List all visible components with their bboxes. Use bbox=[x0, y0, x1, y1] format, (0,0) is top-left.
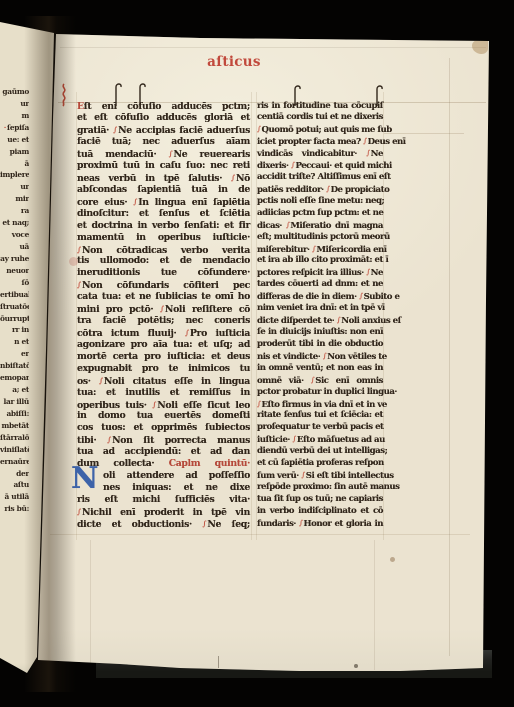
facing-text-fragment: piam in bbox=[0, 146, 29, 158]
facing-text-fragment: ernaūre br bbox=[0, 456, 29, 468]
page-crease bbox=[218, 656, 219, 668]
page-crease bbox=[449, 58, 450, 656]
text-line: dicte et obductionis· ∫Ne ſeq; bbox=[77, 518, 250, 530]
text-line: ∫Nichil enī proderit in tpē vin bbox=[77, 506, 250, 518]
text-line: ris eſt michi ſufficiēs vita· bbox=[77, 494, 250, 506]
facing-text-fragment: ſtārralōr bbox=[0, 432, 29, 444]
text-line: ritate ſenſus tui et ſciēcia: et bbox=[257, 410, 383, 422]
text-line: tra faciē potētis; nec coneris bbox=[77, 315, 250, 327]
text-line: ∫Non cōfundaris cōfiteri pec bbox=[77, 279, 250, 291]
text-line: nis et vindicte· ∫Non vētiles te bbox=[257, 351, 383, 363]
text-line: ſe in diuicijs iniuſtis: non enī bbox=[257, 327, 383, 339]
text-line: neas verbū in tpē ſalutis· ∫Nō bbox=[77, 172, 250, 184]
text-line: ∫Quomō potui; aut quis me ſub bbox=[257, 124, 383, 136]
page-crease bbox=[374, 540, 375, 670]
text-line: ∫Eſto firmus in via dnī et in ve bbox=[257, 399, 383, 411]
facing-text-fragment: neuor ūſe bbox=[0, 265, 29, 277]
text-line: iciet propter facta mea? ∫Deus enī bbox=[257, 136, 383, 148]
text-line: tis ullomodo: et de mendacio bbox=[77, 255, 250, 267]
facing-text-fragment: rr in pane bbox=[0, 324, 29, 336]
text-line: nes iniquas: et ne dixe bbox=[77, 482, 250, 494]
facing-text-fragment: viniſlatō bbox=[0, 444, 29, 456]
facing-text-fragment: ra quem bbox=[0, 205, 29, 217]
page-crease bbox=[90, 540, 91, 668]
text-line: abſcondas ſapientiā tuā in de bbox=[77, 184, 250, 196]
text-line: mamentū in operibus iuſticie· bbox=[77, 232, 250, 244]
rubrication-flourish bbox=[59, 83, 69, 107]
text-line: ris in fortitudine tua cōcupiſ bbox=[257, 101, 383, 113]
text-line: in verbo indiſciplinato et cō bbox=[257, 506, 383, 518]
text-line: differas de die in diem· ∫Subito e bbox=[257, 291, 383, 303]
facing-text-fragment: ue: et ſal bbox=[0, 134, 29, 146]
facing-text-fragment: nbiſtatōi bbox=[0, 360, 29, 372]
facing-text-fragment: gaūmo bbox=[0, 86, 29, 98]
facing-text-fragment: ſō mōdo bbox=[0, 277, 29, 289]
facing-text-fragment: ōurrupta bbox=[0, 313, 29, 325]
text-line: omnē viā· ∫Sic enī omnis bbox=[257, 375, 383, 387]
text-line: proderūt tibi in die obductio bbox=[257, 339, 383, 351]
facing-text-fragment: a; et orbē bbox=[0, 384, 29, 396]
text-line: os· ∫Noli citatus eſſe in lingua bbox=[77, 375, 250, 387]
text-line: eſt; multitudinis pctorū meorū bbox=[257, 232, 383, 244]
text-line: proximū tuū in caſu ſuo: nec reti bbox=[77, 160, 250, 172]
text-line: et ira ab illo cito proximāt: et ī bbox=[257, 255, 383, 267]
facing-text-fragment: ſtruatōe bbox=[0, 301, 29, 313]
text-line: tuā mendaciū· ∫Ne reuerearis bbox=[77, 148, 250, 160]
manuscript-page: aſticus Eſt enī cōfuſio adducēs pctm;et … bbox=[0, 0, 514, 707]
text-line: in omnē ventū; et non eas in bbox=[257, 363, 383, 375]
facing-text-fragment: n et vchin bbox=[0, 336, 29, 348]
text-line: cata tua: et ne ſubiicias te omī ho bbox=[77, 291, 250, 303]
text-line: tua: et inutilis et remiſſus in bbox=[77, 387, 250, 399]
facing-text-fragment: et naq; bbox=[0, 217, 29, 229]
text-line: cos tuos: et opprimēs ſubiectos bbox=[77, 422, 250, 434]
text-line: nim veniet ira dnī: et in tpē vī bbox=[257, 303, 383, 315]
text-line: vindicās vindicabitur· ∫Ne bbox=[257, 148, 383, 160]
text-line: patiēs redditor· ∫De propiciato bbox=[257, 184, 383, 196]
corner-stain bbox=[472, 40, 488, 54]
text-line: tua ad accipiendū: et ad dan bbox=[77, 446, 250, 458]
facing-text-fragment: ris bū: mī bbox=[0, 503, 29, 515]
text-line: ∫Non cōtradicas verbo verita bbox=[77, 244, 250, 256]
facing-text-fragment: uā diligit bbox=[0, 241, 29, 253]
ruling-line bbox=[60, 47, 486, 48]
column-ruling bbox=[251, 92, 252, 540]
facing-text-fragment: ā hiagit bbox=[0, 158, 29, 170]
facing-text-fragment: aſtu mōra bbox=[0, 479, 29, 491]
text-line: tibi· ∫Non ſit porrecta manus bbox=[77, 434, 250, 446]
text-line: centiā cordis tui et ne dixeris bbox=[257, 112, 383, 124]
facing-text-fragment: emopari a bbox=[0, 372, 29, 384]
text-line: et eſt cōfuſio adducēs gloriā et bbox=[77, 112, 250, 124]
facing-text-fragment: m ſordu bbox=[0, 110, 29, 122]
text-line: tardes cōuerti ad dnm: et ne bbox=[257, 279, 383, 291]
text-line: ſum verū· ∫Si eſt tibi intellectus bbox=[257, 470, 383, 482]
text-line: diendū verbū dei ut intelligas; bbox=[257, 446, 383, 458]
text-line: et cū ſapiētia proferas reſpon bbox=[257, 458, 383, 470]
parchment-stain bbox=[354, 664, 358, 668]
facing-text-fragment: implere bbox=[0, 169, 29, 181]
text-line: pctor probatur in duplici lingua· bbox=[257, 387, 383, 399]
facing-page-text-column: gaūmour filiusm ſordu-ſepiſaue: et ſalpi… bbox=[0, 86, 29, 515]
text-line: in domo tua euertēs domeſti bbox=[77, 410, 250, 422]
text-line: agonizare pro aīa tua: et uſq; ad bbox=[77, 339, 250, 351]
text-line: Eſt enī cōfuſio adducēs pctm; bbox=[77, 101, 250, 113]
text-line: tua ſit ſup os tuū; ne capiaris bbox=[257, 494, 383, 506]
text-line: fundaris· ∫Honor et gloria in bbox=[257, 518, 383, 530]
facing-text-fragment: ur filius bbox=[0, 98, 29, 110]
facing-text-fragment: er ſagiſte bbox=[0, 348, 29, 360]
text-line: dixeris· ∫Peccaui· et quid michi bbox=[257, 160, 383, 172]
ruling-line bbox=[50, 534, 470, 535]
text-line: gratiā· ∫Ne accipias faciē aduerſus bbox=[77, 124, 250, 136]
text-line: operibus tuis· ∫Noli eſſe ſicut leo bbox=[77, 399, 250, 411]
facing-text-fragment: mir oblig bbox=[0, 193, 29, 205]
photo-of-manuscript: { "artifact": { "description_label": "Go… bbox=[0, 0, 514, 707]
text-line: mortē certa pro iuſticia: et deus bbox=[77, 351, 250, 363]
facing-text-fragment: -ſepiſa bbox=[0, 122, 29, 134]
text-line: adiicias pctm ſup pctm: et ne bbox=[257, 208, 383, 220]
facing-text-fragment: ur plenū bbox=[0, 181, 29, 193]
column-right: ris in fortitudine tua cōcupiſcentiā cor… bbox=[257, 101, 383, 530]
text-line: pctores reſpicit ira illius· ∫Ne bbox=[257, 267, 383, 279]
text-line: dicas· ∫Miſeratio dnī magna bbox=[257, 220, 383, 232]
text-line: faciē tuā; nec aduerſus aīam bbox=[77, 136, 250, 148]
text-line: pctis noli eſſe ſine metu: neq; bbox=[257, 196, 383, 208]
text-line: et doctrina in verbo ſenſati: et fir bbox=[77, 220, 250, 232]
column-left: Eſt enī cōfuſio adducēs pctm;et eſt cōfu… bbox=[77, 101, 250, 530]
facing-text-fragment: ay ruhe bbox=[0, 253, 29, 265]
running-header: aſticus bbox=[190, 54, 278, 72]
facing-text-fragment: ertibualr bbox=[0, 289, 29, 301]
chapter-initial: N bbox=[71, 466, 97, 493]
text-line: dicte diſperdet te· ∫Noli anxius eſ bbox=[257, 315, 383, 327]
facing-text-fragment: der renū bbox=[0, 468, 29, 480]
text-line: proſequatur te verbū pacis et bbox=[257, 422, 383, 434]
facing-text-fragment: voce ben; bbox=[0, 229, 29, 241]
text-line: miſerebitur· ∫Miſericordia enī bbox=[257, 244, 383, 256]
text-line: dinoſcitur: et ſenſus et ſciētia bbox=[77, 208, 250, 220]
text-line: core eius· ∫In lingua enī ſapiētia bbox=[77, 196, 250, 208]
text-line: dum collecta· Caplm quintū· bbox=[77, 458, 250, 470]
text-line: accidit triſte? Altiſſimus enī eſt bbox=[257, 172, 383, 184]
text-line: mini pro pctō· ∫Noli reſiſtere cō bbox=[77, 303, 250, 315]
text-line: oli attendere ad poſſeſſio bbox=[77, 470, 250, 482]
facing-text-fragment: abiſſi: et ī bbox=[0, 408, 29, 420]
facing-text-fragment: lar illū et ī bbox=[0, 396, 29, 408]
text-line: reſpōde proximo: ſin autē manus bbox=[257, 482, 383, 494]
parchment-stain bbox=[390, 557, 395, 562]
facing-text-fragment: mbetāt iſ bbox=[0, 420, 29, 432]
text-line: ineruditionis tue cōfundere· bbox=[77, 267, 250, 279]
ruling-line bbox=[384, 133, 464, 134]
text-line: iuſticie· ∫Eſto māſuetus ad au bbox=[257, 434, 383, 446]
text-line: cōtra ictum fluuij· ∫Pro iuſticia bbox=[77, 327, 250, 339]
facing-text-fragment: ā utilā ſrā bbox=[0, 491, 29, 503]
text-line: expugnabit pro te inimicos tu bbox=[77, 363, 250, 375]
